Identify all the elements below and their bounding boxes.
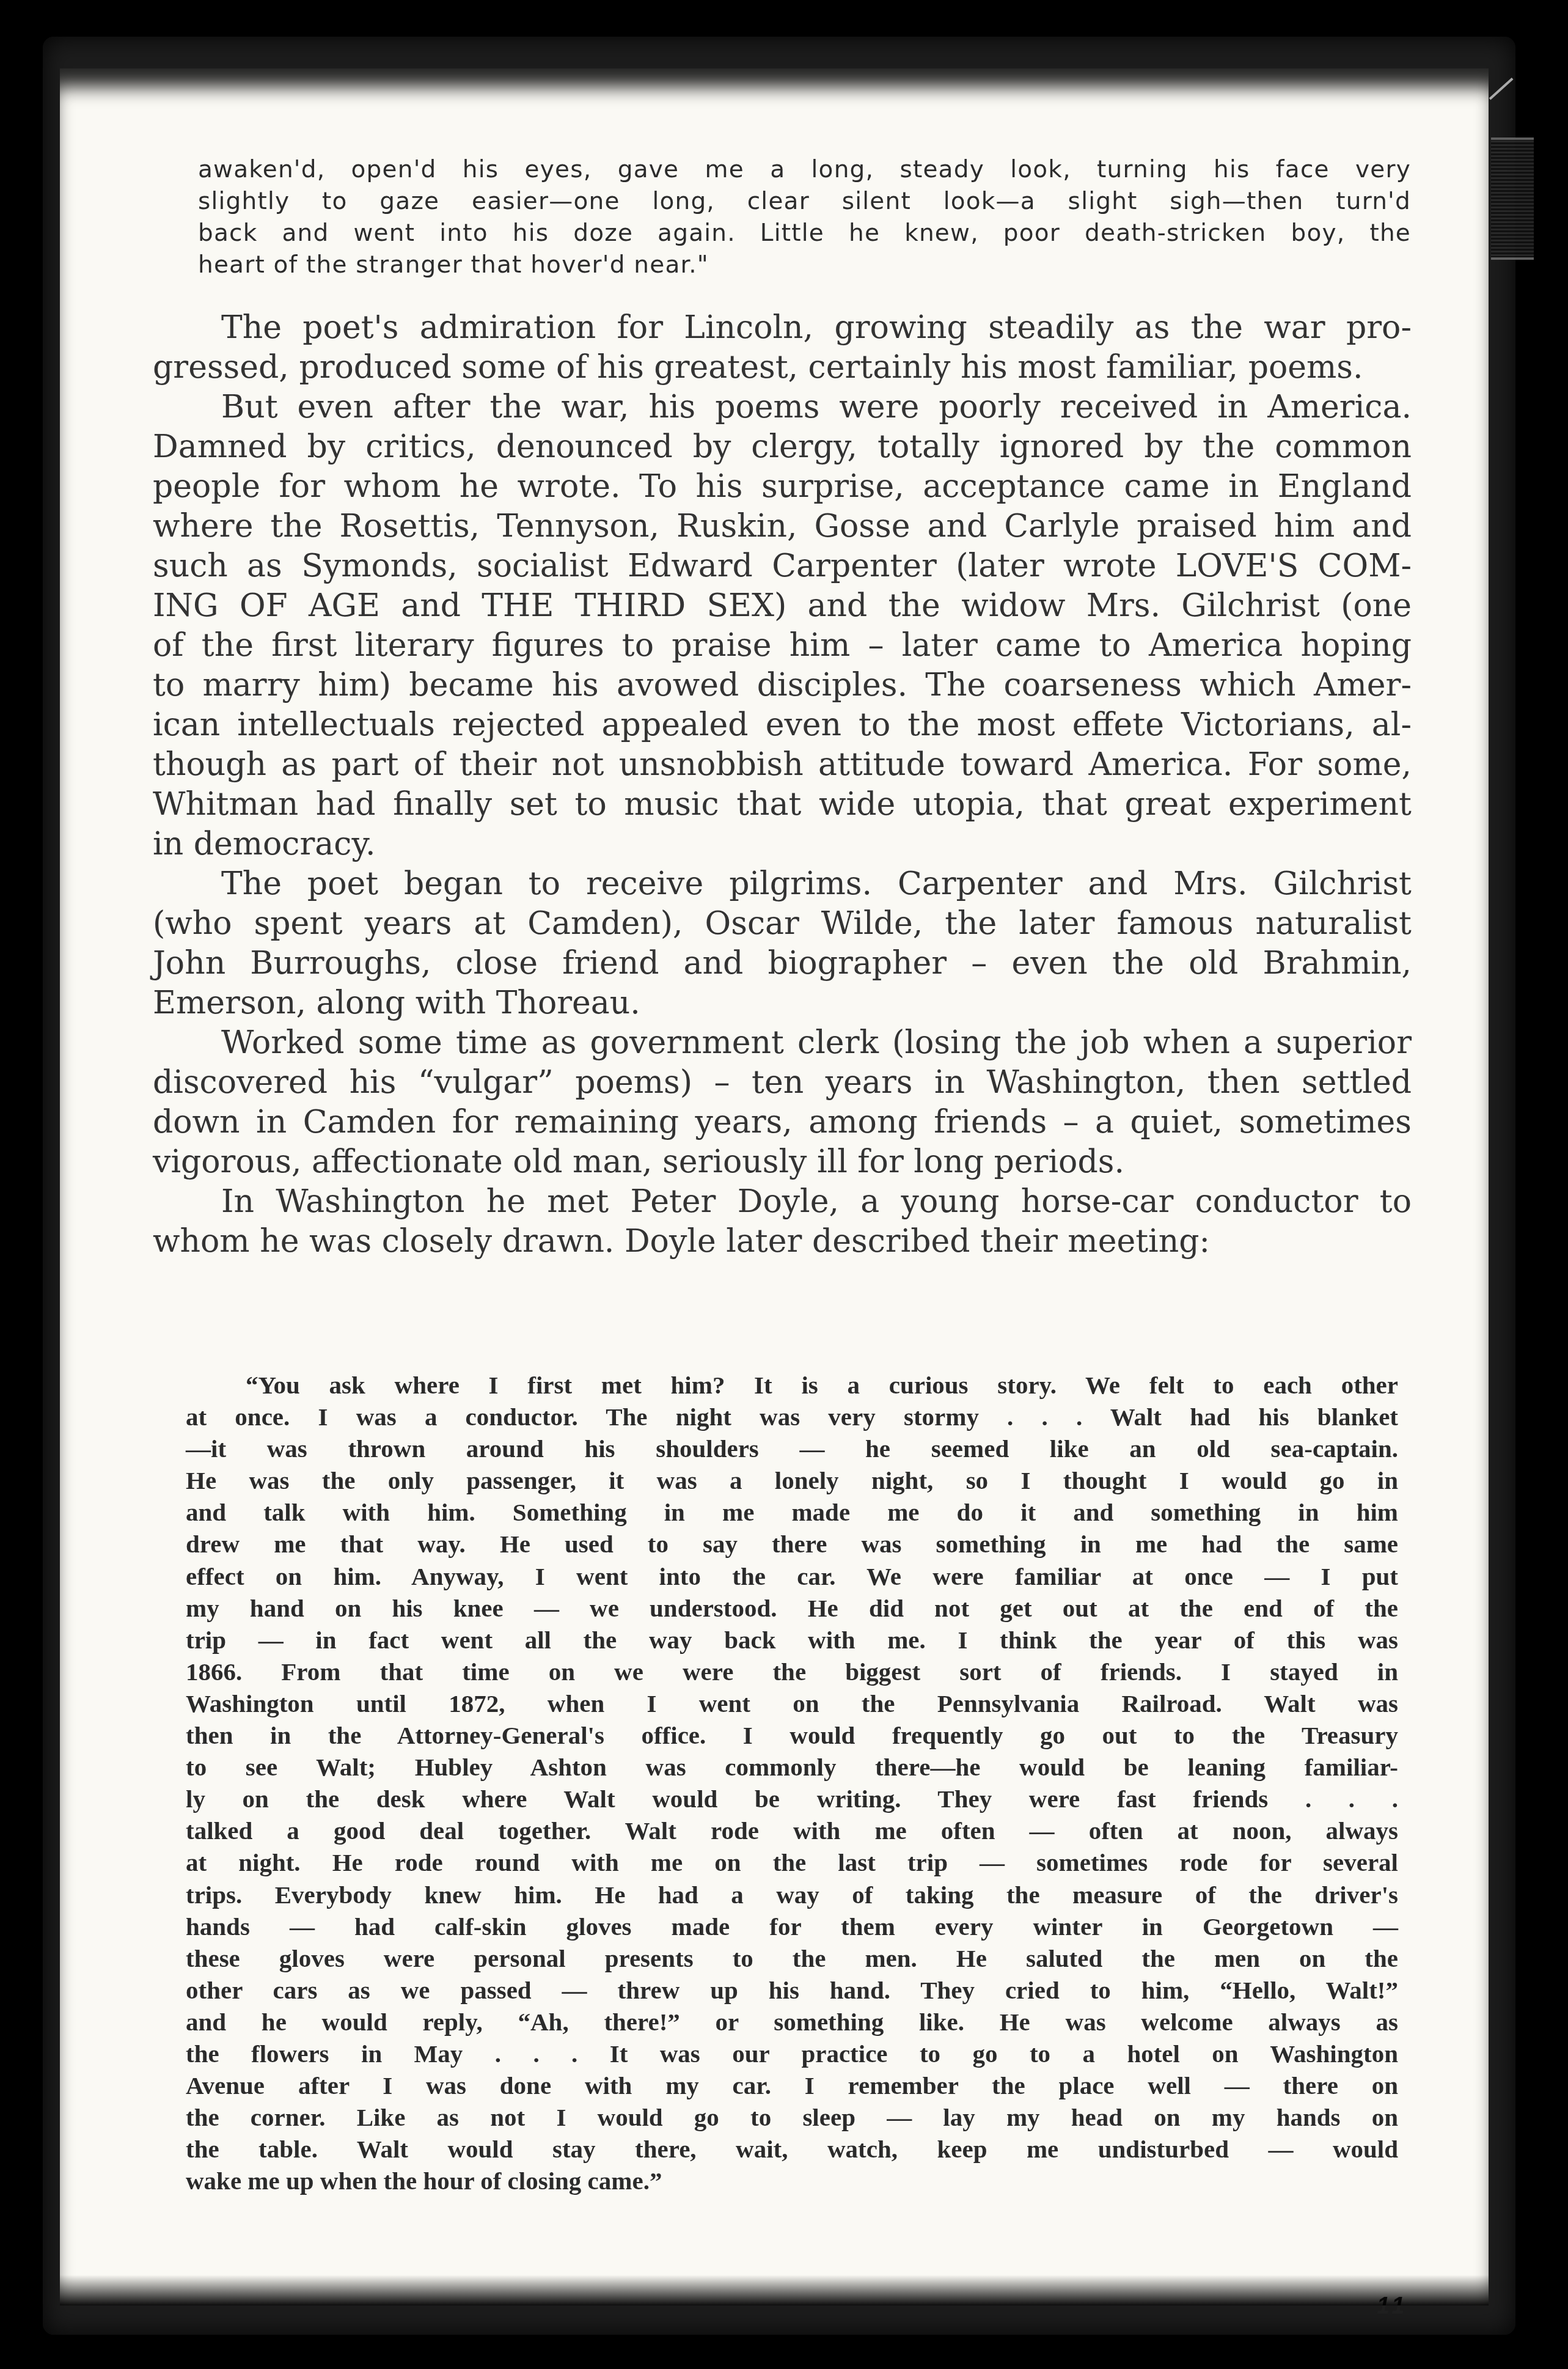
body-line: in democracy. <box>153 825 1412 864</box>
intro-line: heart of the stranger that hover'd near.… <box>198 249 1411 281</box>
quote-line: wake me up when the hour of closing came… <box>186 2165 1398 2197</box>
paragraph-pilgrims: The poet began to receive pilgrims. Carp… <box>153 864 1412 1023</box>
quote-line: He was the only passenger, it was a lone… <box>186 1464 1398 1496</box>
quote-line: “You ask where I first met him? It is a … <box>186 1369 1398 1401</box>
body-line: ican intellectuals rejected appealed eve… <box>153 705 1412 745</box>
body-line: (who spent years at Camden), Oscar Wilde… <box>153 904 1412 944</box>
intro-line: back and went into his doze again. Littl… <box>198 218 1411 249</box>
body-line: Emerson, along with Thoreau. <box>153 983 1412 1023</box>
paragraph-lincoln: The poet's admiration for Lincoln, growi… <box>153 308 1412 387</box>
quote-line: and he would reply, “Ah, there!” or some… <box>186 2006 1398 2038</box>
body-line: The poet began to receive pilgrims. Carp… <box>153 864 1412 904</box>
body-line: But even after the war, his poems were p… <box>153 387 1412 427</box>
intro-line: slightly to gaze easier—one long, clear … <box>198 186 1411 218</box>
quote-line: to see Walt; Hubley Ashton was commonly … <box>186 1751 1398 1783</box>
doyle-quote-block: “You ask where I first met him? It is a … <box>186 1369 1398 2197</box>
quote-line: the flowers in May . . . It was our prac… <box>186 2038 1398 2070</box>
quote-line: these gloves were personal presents to t… <box>186 1942 1398 1974</box>
book-page: awaken'd, open'd his eyes, gave me a lon… <box>60 68 1489 2305</box>
quote-line: 1866. From that time on we were the bigg… <box>186 1656 1398 1688</box>
body-line: such as Symonds, socialist Edward Carpen… <box>153 546 1412 586</box>
body-line: to marry him) became his avowed disciple… <box>153 666 1412 705</box>
body-line: of the first literary figures to praise … <box>153 626 1412 666</box>
page-number: 11 <box>1377 2293 1408 2319</box>
body-line: vigorous, affectionate old man, seriousl… <box>153 1142 1412 1182</box>
body-line: John Burroughs, close friend and biograp… <box>153 944 1412 983</box>
quote-line: at night. He rode round with me on the l… <box>186 1846 1398 1878</box>
body-line: The poet's admiration for Lincoln, growi… <box>153 308 1412 348</box>
body-line: whom he was closely drawn. Doyle later d… <box>153 1222 1412 1262</box>
paragraph-clerk: Worked some time as government clerk (lo… <box>153 1023 1412 1182</box>
quote-line: Avenue after I was done with my car. I r… <box>186 2070 1398 2101</box>
body-line: Whitman had finally set to music that wi… <box>153 785 1412 825</box>
body-line: gressed, produced some of his greatest, … <box>153 348 1412 387</box>
body-line: though as part of their not unsnobbish a… <box>153 745 1412 785</box>
body-text: The poet's admiration for Lincoln, growi… <box>153 308 1412 1262</box>
quote-line: my hand on his knee — we understood. He … <box>186 1592 1398 1624</box>
quote-line: and talk with him. Something in me made … <box>186 1496 1398 1528</box>
quote-line: the corner. Like as not I would go to sl… <box>186 2101 1398 2133</box>
quote-line: trips. Everybody knew him. He had a way … <box>186 1879 1398 1911</box>
quote-line: hands — had calf-skin gloves made for th… <box>186 1911 1398 1942</box>
paragraph-doyle-intro: In Washington he met Peter Doyle, a youn… <box>153 1182 1412 1262</box>
paragraph-reception: But even after the war, his poems were p… <box>153 387 1412 864</box>
quote-line: trip — in fact went all the way back wit… <box>186 1624 1398 1656</box>
quote-line: Washington until 1872, when I went on th… <box>186 1688 1398 1719</box>
body-line: discovered his “vulgar” poems) – ten yea… <box>153 1063 1412 1103</box>
quote-line: then in the Attorney-General's office. I… <box>186 1719 1398 1751</box>
body-line: In Washington he met Peter Doyle, a youn… <box>153 1182 1412 1222</box>
quote-line: the table. Walt would stay there, wait, … <box>186 2133 1398 2165</box>
intro-line: awaken'd, open'd his eyes, gave me a lon… <box>198 154 1411 186</box>
body-line: people for whom he wrote. To his surpris… <box>153 467 1412 507</box>
quote-line: talked a good deal together. Walt rode w… <box>186 1815 1398 1846</box>
quote-line: other cars as we passed — threw up his h… <box>186 1974 1398 2006</box>
quote-line: effect on him. Anyway, I went into the c… <box>186 1560 1398 1592</box>
quote-line: ly on the desk where Walt would be writi… <box>186 1783 1398 1815</box>
quote-line: drew me that way. He used to say there w… <box>186 1528 1398 1560</box>
intro-quote-continuation: awaken'd, open'd his eyes, gave me a lon… <box>198 154 1411 281</box>
quote-line: at once. I was a conductor. The night wa… <box>186 1401 1398 1433</box>
body-line: where the Rosettis, Tennyson, Ruskin, Go… <box>153 507 1412 546</box>
body-line: ING OF AGE and THE THIRD SEX) and the wi… <box>153 586 1412 626</box>
spine-cloth-binding <box>1491 138 1534 260</box>
body-line: Worked some time as government clerk (lo… <box>153 1023 1412 1063</box>
body-line: Damned by critics, denounced by clergy, … <box>153 427 1412 467</box>
body-line: down in Camden for remaining years, amon… <box>153 1103 1412 1142</box>
quote-line: —it was thrown around his shoulders — he… <box>186 1433 1398 1464</box>
